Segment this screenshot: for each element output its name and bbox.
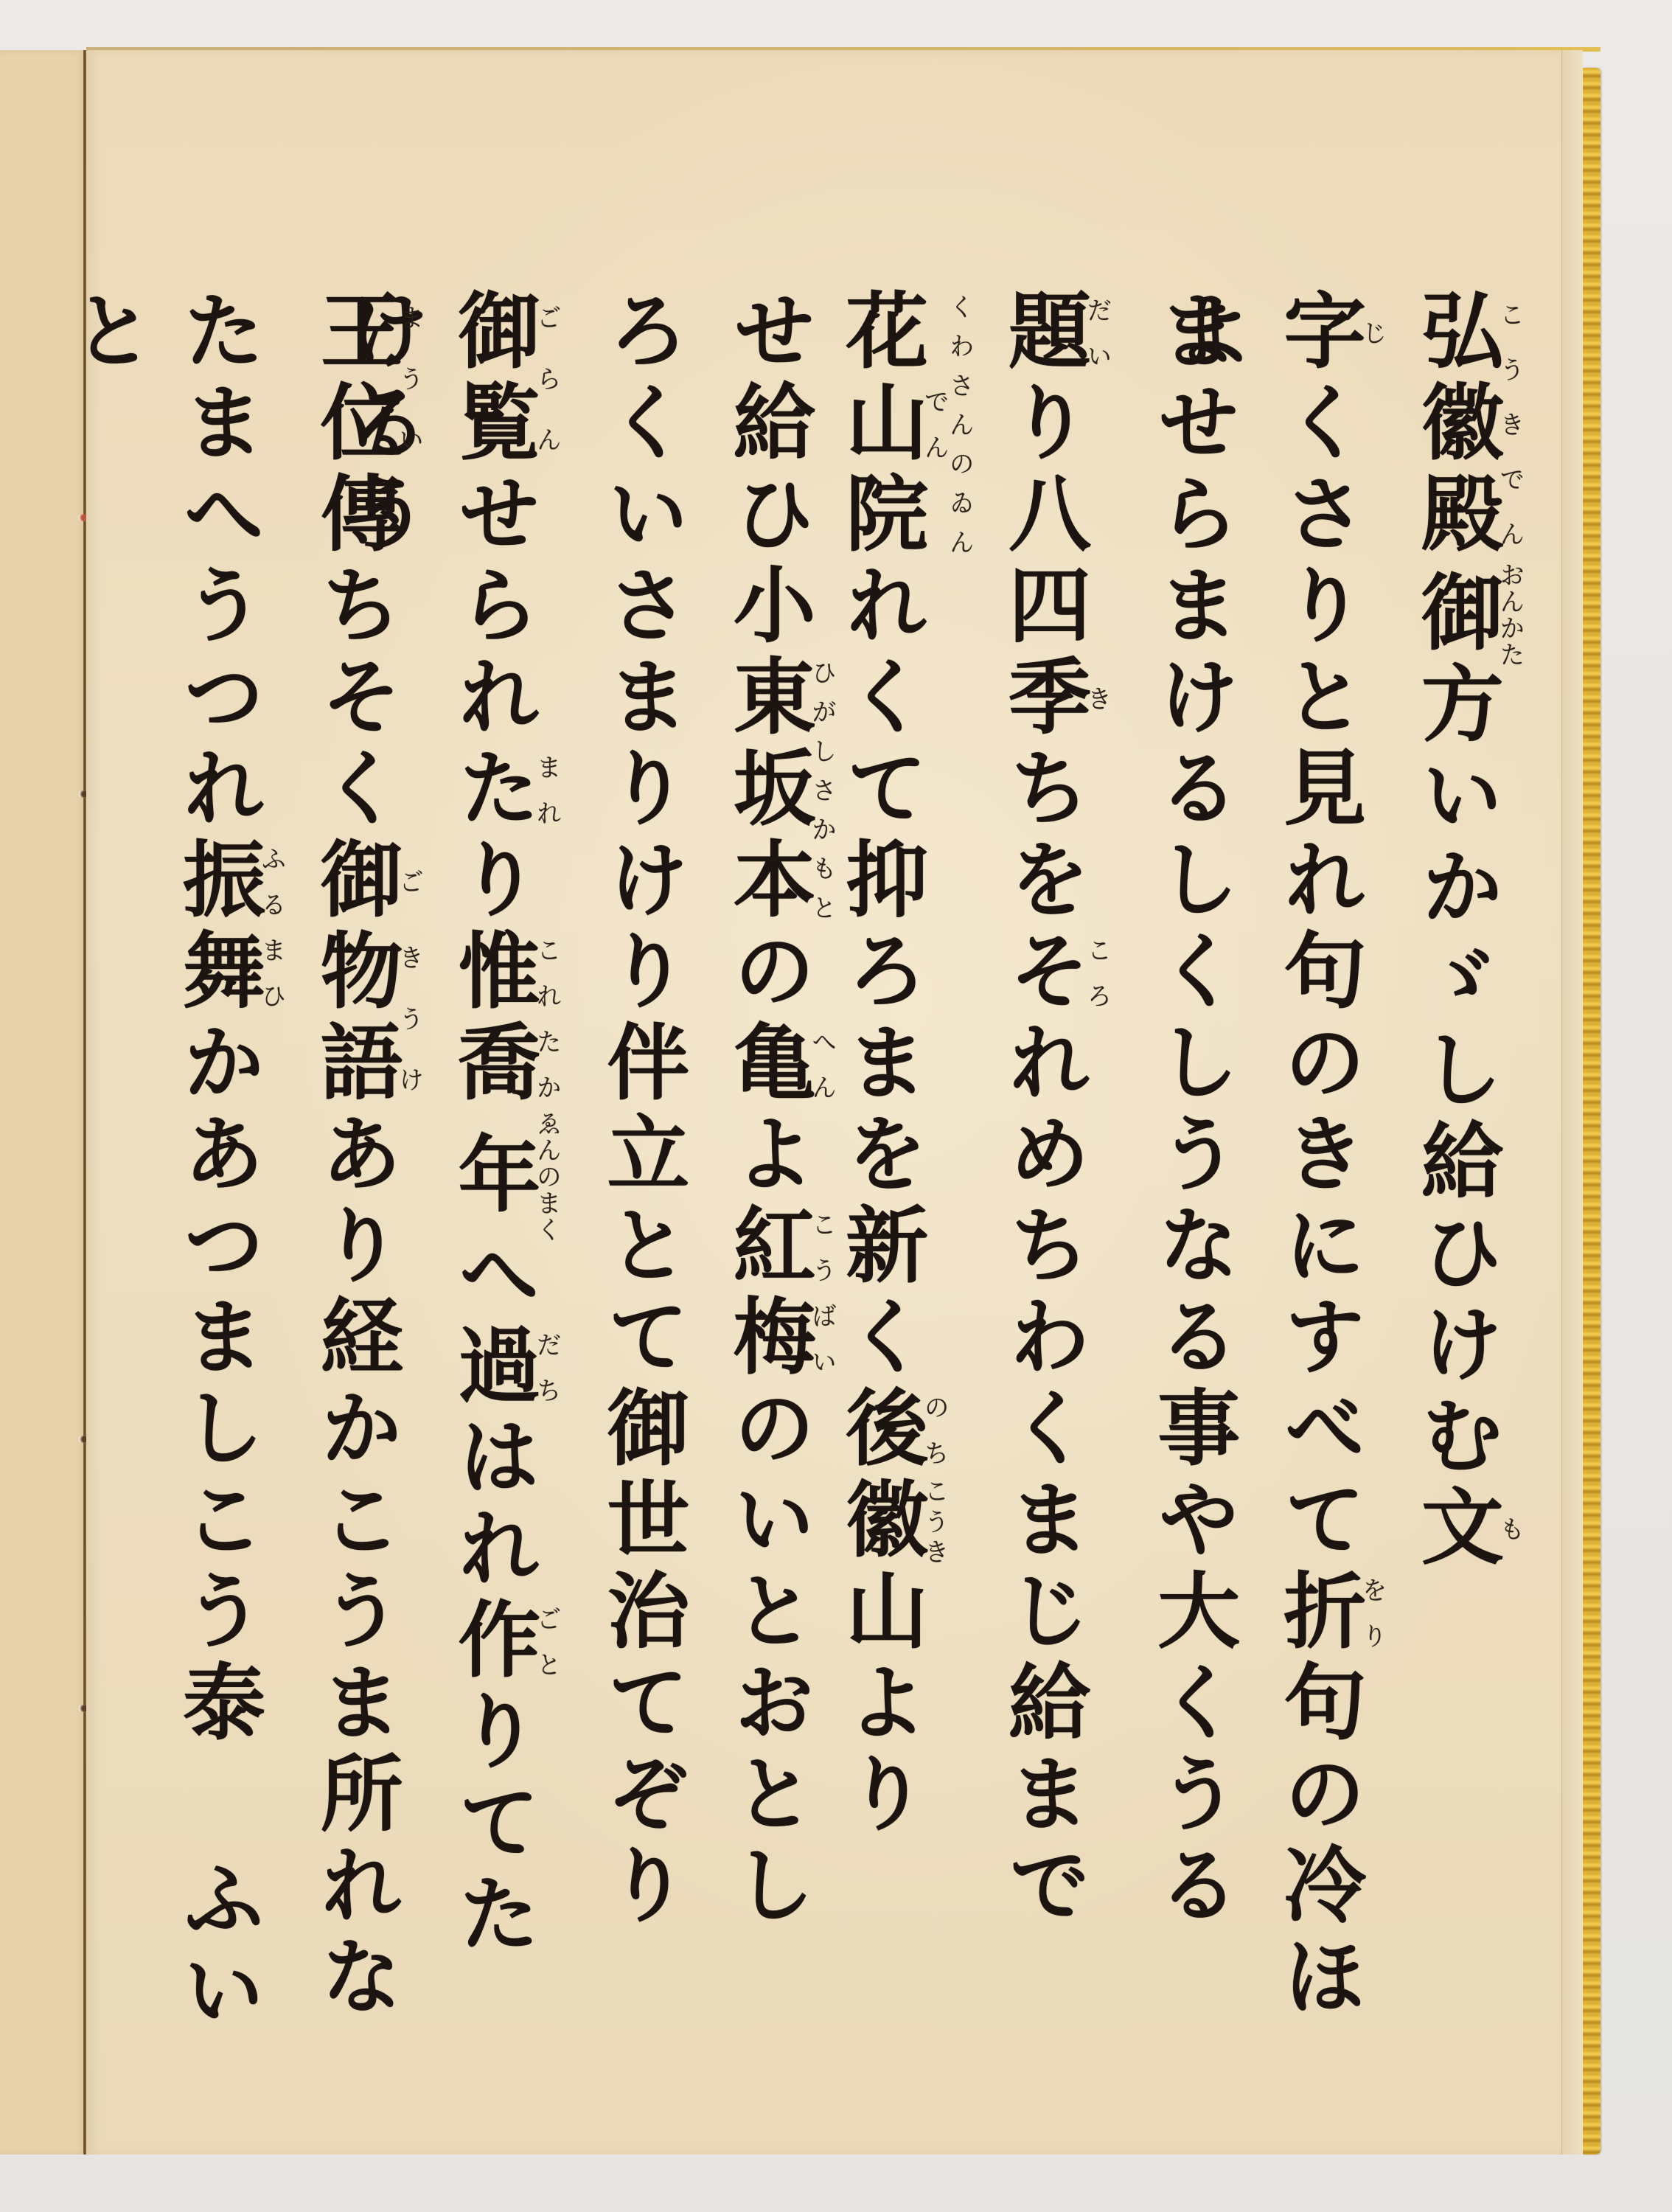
text-column-8: 御覧ごらんせられたまれり惟喬これたか年ゑんのまくへ過だちはれ作ごとりてたけるう xyxy=(448,288,559,2042)
gilt-fore-edge xyxy=(1583,68,1600,2154)
page-fold-edge xyxy=(1561,50,1583,2154)
text-column-5: 花山でん院くわさんのゐんれくて抑ろまを新く後のち徽こうき山より xyxy=(861,288,972,2042)
text-column-2: 字じくさりと見れ句のきにすべて折をり句の冷ほよ xyxy=(1274,288,1384,2042)
text-column-7: ろくいさまりけり伴立とて御世治てぞり xyxy=(586,288,697,2042)
text-column-6: せ給ひ小東坂本ひがしさかもとの亀へんよ紅梅こうばいのいとおとし xyxy=(724,288,835,2042)
text-column-4: 題だいり八四季きちをそころれめちわくまじ給まで xyxy=(999,288,1110,2042)
text-column-9: 王位まうい傳ちそく御ご物語きうけあり経かこうま所れな xyxy=(311,288,422,2042)
text-column-10: たまへうつれ振舞ふるまひかあつましこう泰 ふいと xyxy=(173,288,284,2042)
text-column-1: 弘徽殿こうきでん御おんかた方いかゞし給ひけむ文も xyxy=(1412,288,1522,2042)
text-column-3: ませらまけるしくしうなる事や大くうる xyxy=(1137,288,1247,2042)
calligraphy-text-block: 弘徽殿こうきでん御おんかた方いかゞし給ひけむ文も 字じくさりと見れ句のきにすべて… xyxy=(173,288,1522,2042)
